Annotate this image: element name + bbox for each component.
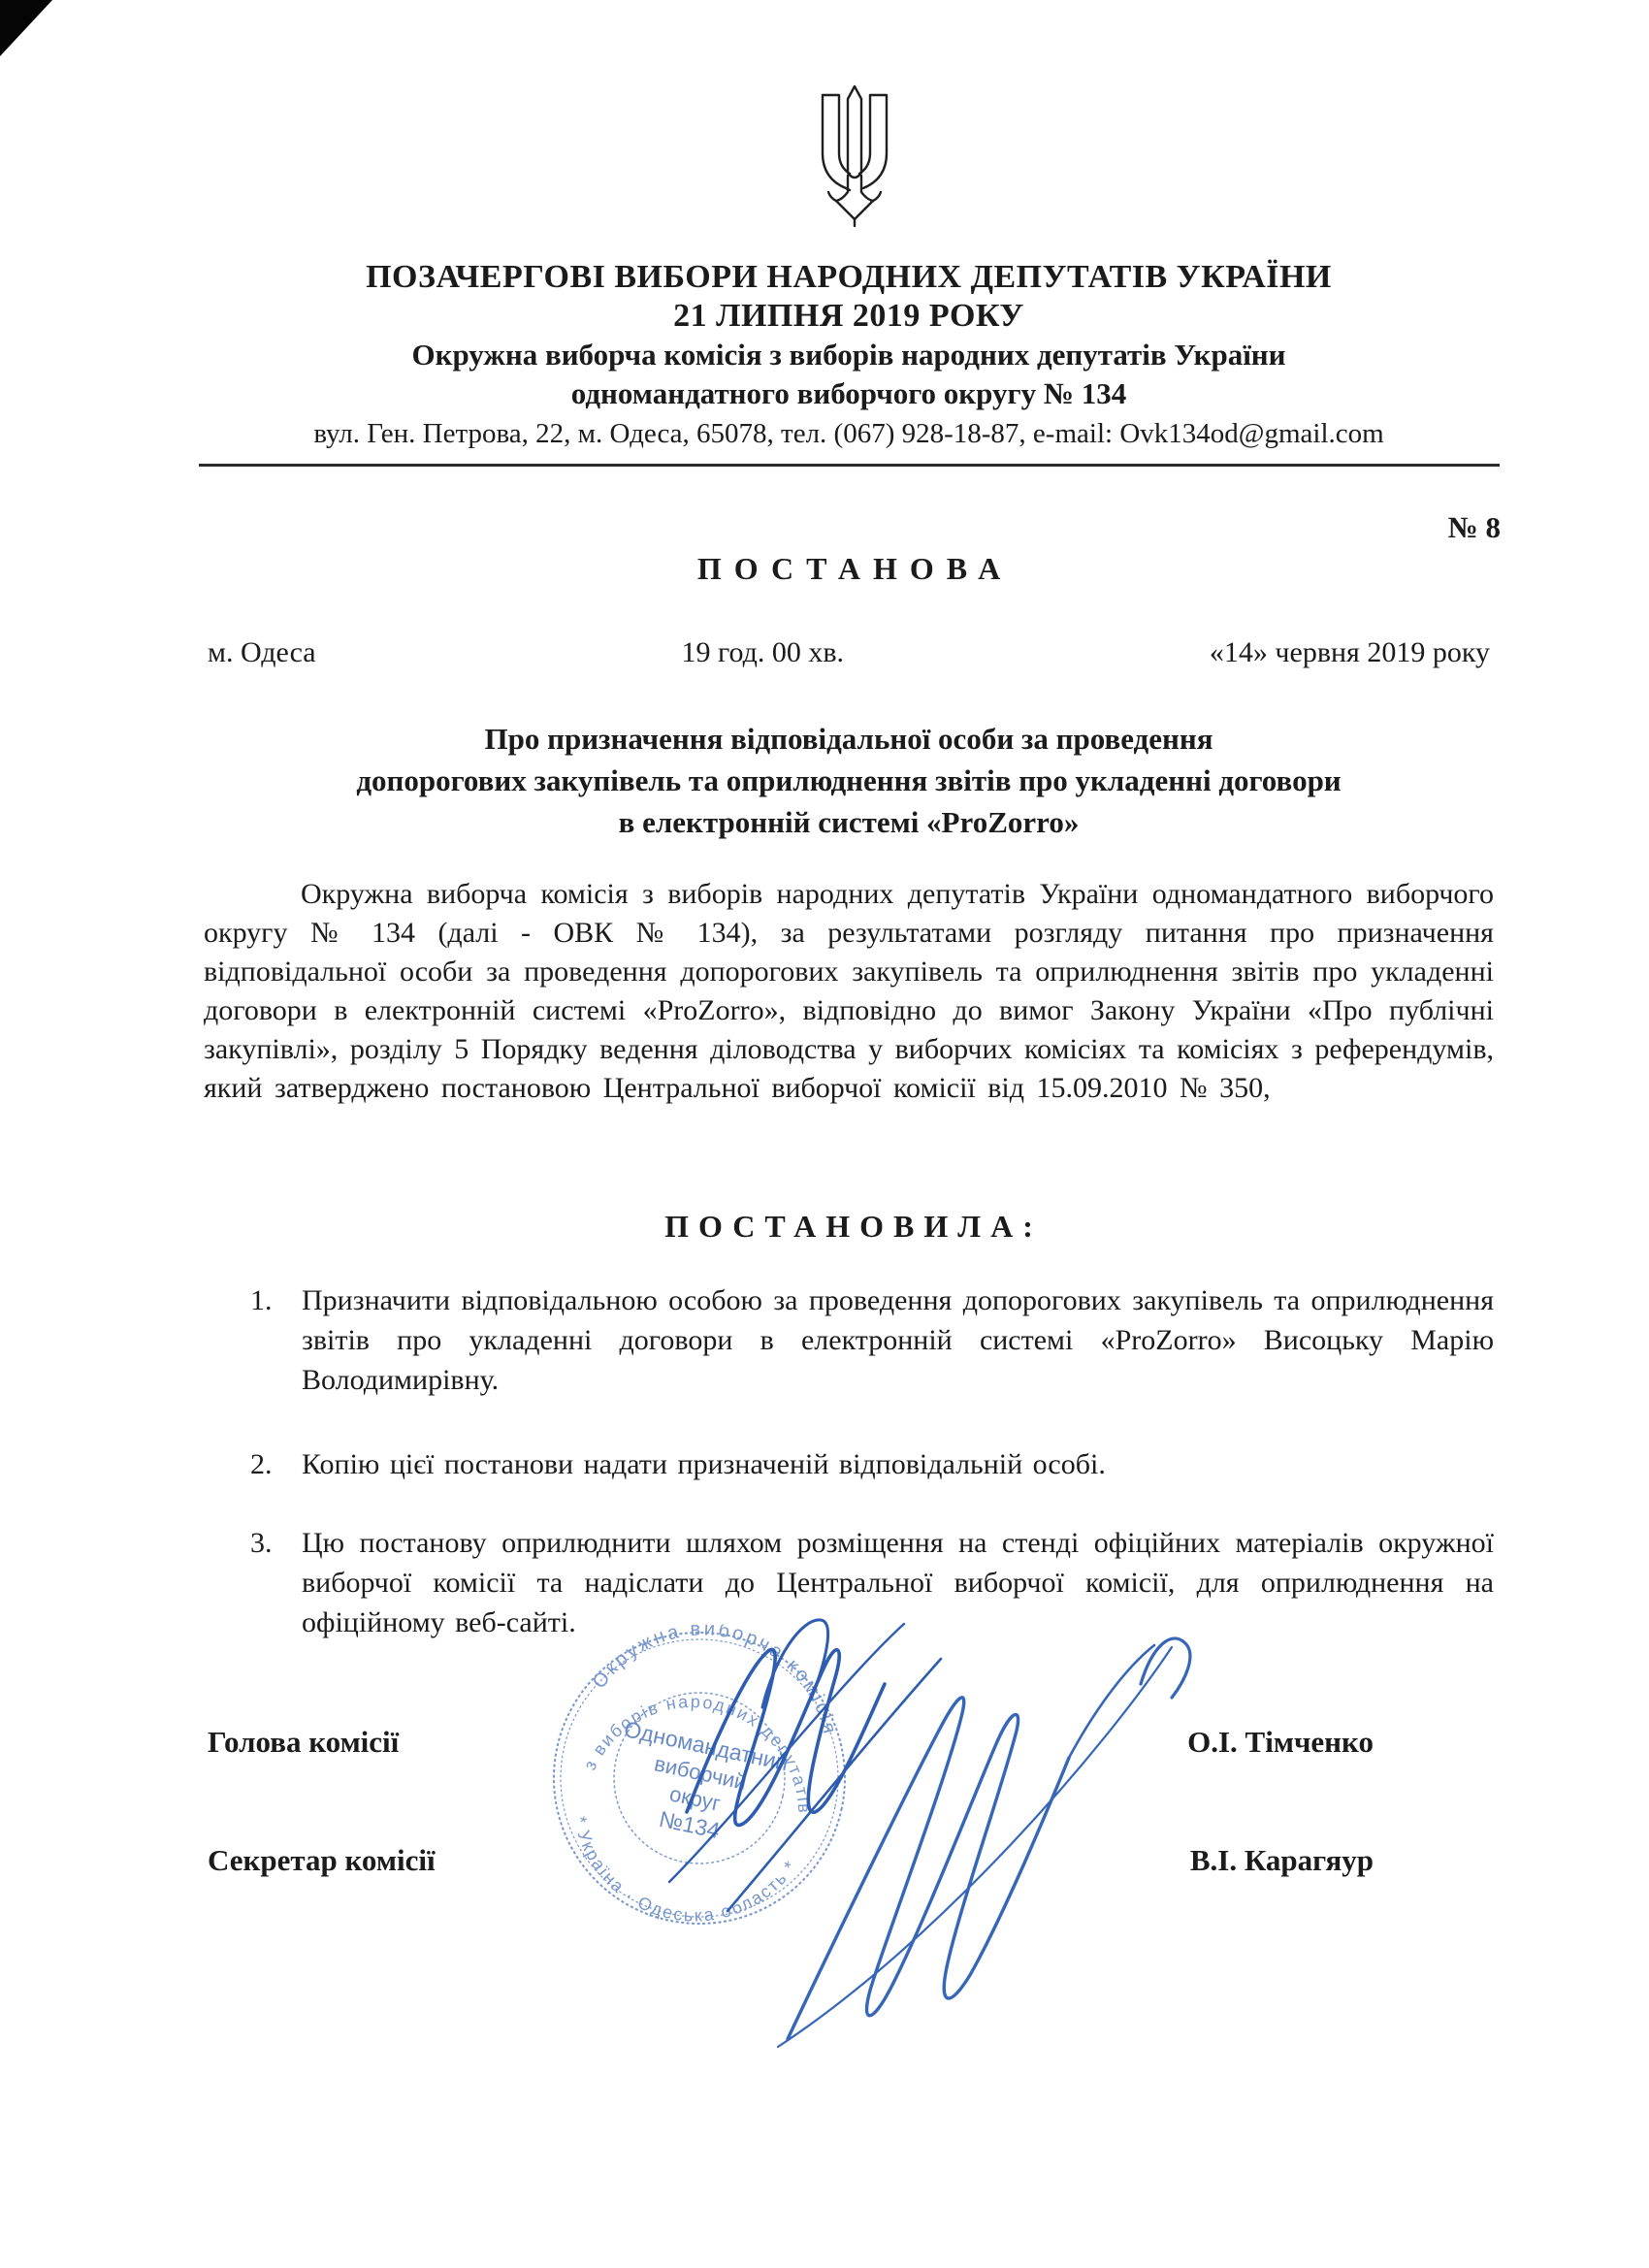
ukraine-trident-emblem (813, 83, 896, 229)
header-commission-name: Окружна виборча комісія з виборів народн… (204, 336, 1494, 374)
meta-time: 19 год. 00 хв. (681, 636, 844, 669)
document-type-heading: ПОСТАНОВА (204, 551, 1494, 587)
resolution-items: 1. Призначити відповідальною особою за п… (204, 1280, 1494, 1642)
meta-row: м. Одеса 19 год. 00 хв. «14» червня 2019… (208, 636, 1490, 669)
resolution-title-line2: допорогових закупівель та оприлюднення з… (204, 760, 1494, 801)
item-number: 2. (250, 1444, 302, 1484)
resolution-item-1: 1. Призначити відповідальною особою за п… (204, 1280, 1494, 1400)
resolution-title-line1: Про призначення відповідальної особи за … (204, 718, 1494, 760)
header-election-title: ПОЗАЧЕРГОВІ ВИБОРИ НАРОДНИХ ДЕПУТАТІВ УК… (204, 258, 1494, 297)
resolution-title-line3: в електронній системі «ProZorro» (204, 801, 1494, 843)
meta-date: «14» червня 2019 року (1210, 636, 1490, 669)
item-number: 3. (250, 1523, 302, 1642)
header-district-number: одномандатного виборчого округу № 134 (204, 374, 1494, 413)
header-election-date: 21 ЛИПНЯ 2019 РОКУ (204, 297, 1494, 336)
item-text: Призначити відповідальною особою за пров… (302, 1280, 1494, 1400)
item-number: 1. (250, 1280, 302, 1400)
resolution-title: Про призначення відповідальної особи за … (204, 718, 1494, 843)
secretary-label: Секретар комісії (208, 1843, 436, 1878)
document-header: ПОЗАЧЕРГОВІ ВИБОРИ НАРОДНИХ ДЕПУТАТІВ УК… (204, 258, 1494, 454)
item-text: Копію цієї постанови надати призначеній … (302, 1444, 1494, 1484)
meta-city: м. Одеса (208, 636, 316, 669)
document-number: № 8 (204, 510, 1501, 545)
resolution-item-2: 2. Копію цієї постанови надати призначен… (204, 1444, 1494, 1484)
handwritten-signatures (524, 1591, 1222, 2076)
resolved-heading: ПОСТАНОВИЛА: (204, 1209, 1494, 1245)
secretary-signature-ink (778, 1638, 1190, 2047)
chairman-signature-ink (669, 1620, 941, 1911)
preamble-paragraph: Окружна виборча комісія з виборів народн… (204, 875, 1494, 1108)
header-divider-line (199, 464, 1500, 467)
chairman-label: Голова комісії (208, 1725, 399, 1760)
scan-corner-artifact (0, 0, 52, 56)
document-page: ПОЗАЧЕРГОВІ ВИБОРИ НАРОДНИХ ДЕПУТАТІВ УК… (0, 0, 1649, 2268)
header-address: вул. Ген. Петрова, 22, м. Одеса, 65078, … (204, 413, 1494, 454)
